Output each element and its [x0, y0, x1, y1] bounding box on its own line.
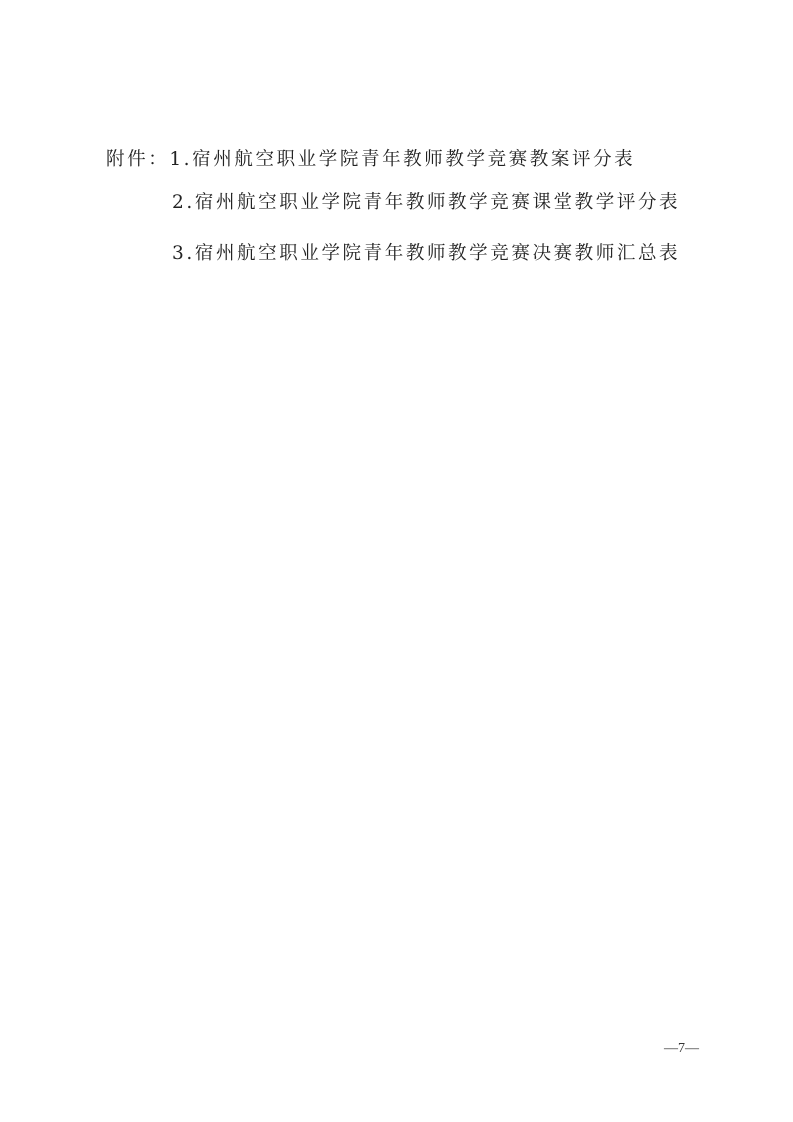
attachment-number: 3. — [172, 243, 195, 264]
attachment-prefix: 附件： — [106, 149, 169, 170]
attachment-title: 宿州航空职业学院青年教师教学竞赛决赛教师汇总表 — [195, 243, 680, 264]
attachment-title: 宿州航空职业学院青年教师教学竞赛教案评分表 — [192, 149, 635, 170]
attachment-title: 宿州航空职业学院青年教师教学竞赛课堂教学评分表 — [195, 192, 680, 213]
attachment-item-2: 2.宿州航空职业学院青年教师教学竞赛课堂教学评分表 — [172, 191, 680, 215]
page-number: —7— — [664, 1041, 699, 1057]
attachment-number: 1. — [169, 149, 192, 170]
attachment-number: 2. — [172, 192, 195, 213]
attachment-item-1: 附件：1.宿州航空职业学院青年教师教学竞赛教案评分表 — [106, 148, 635, 172]
attachment-item-3: 3.宿州航空职业学院青年教师教学竞赛决赛教师汇总表 — [172, 242, 680, 266]
